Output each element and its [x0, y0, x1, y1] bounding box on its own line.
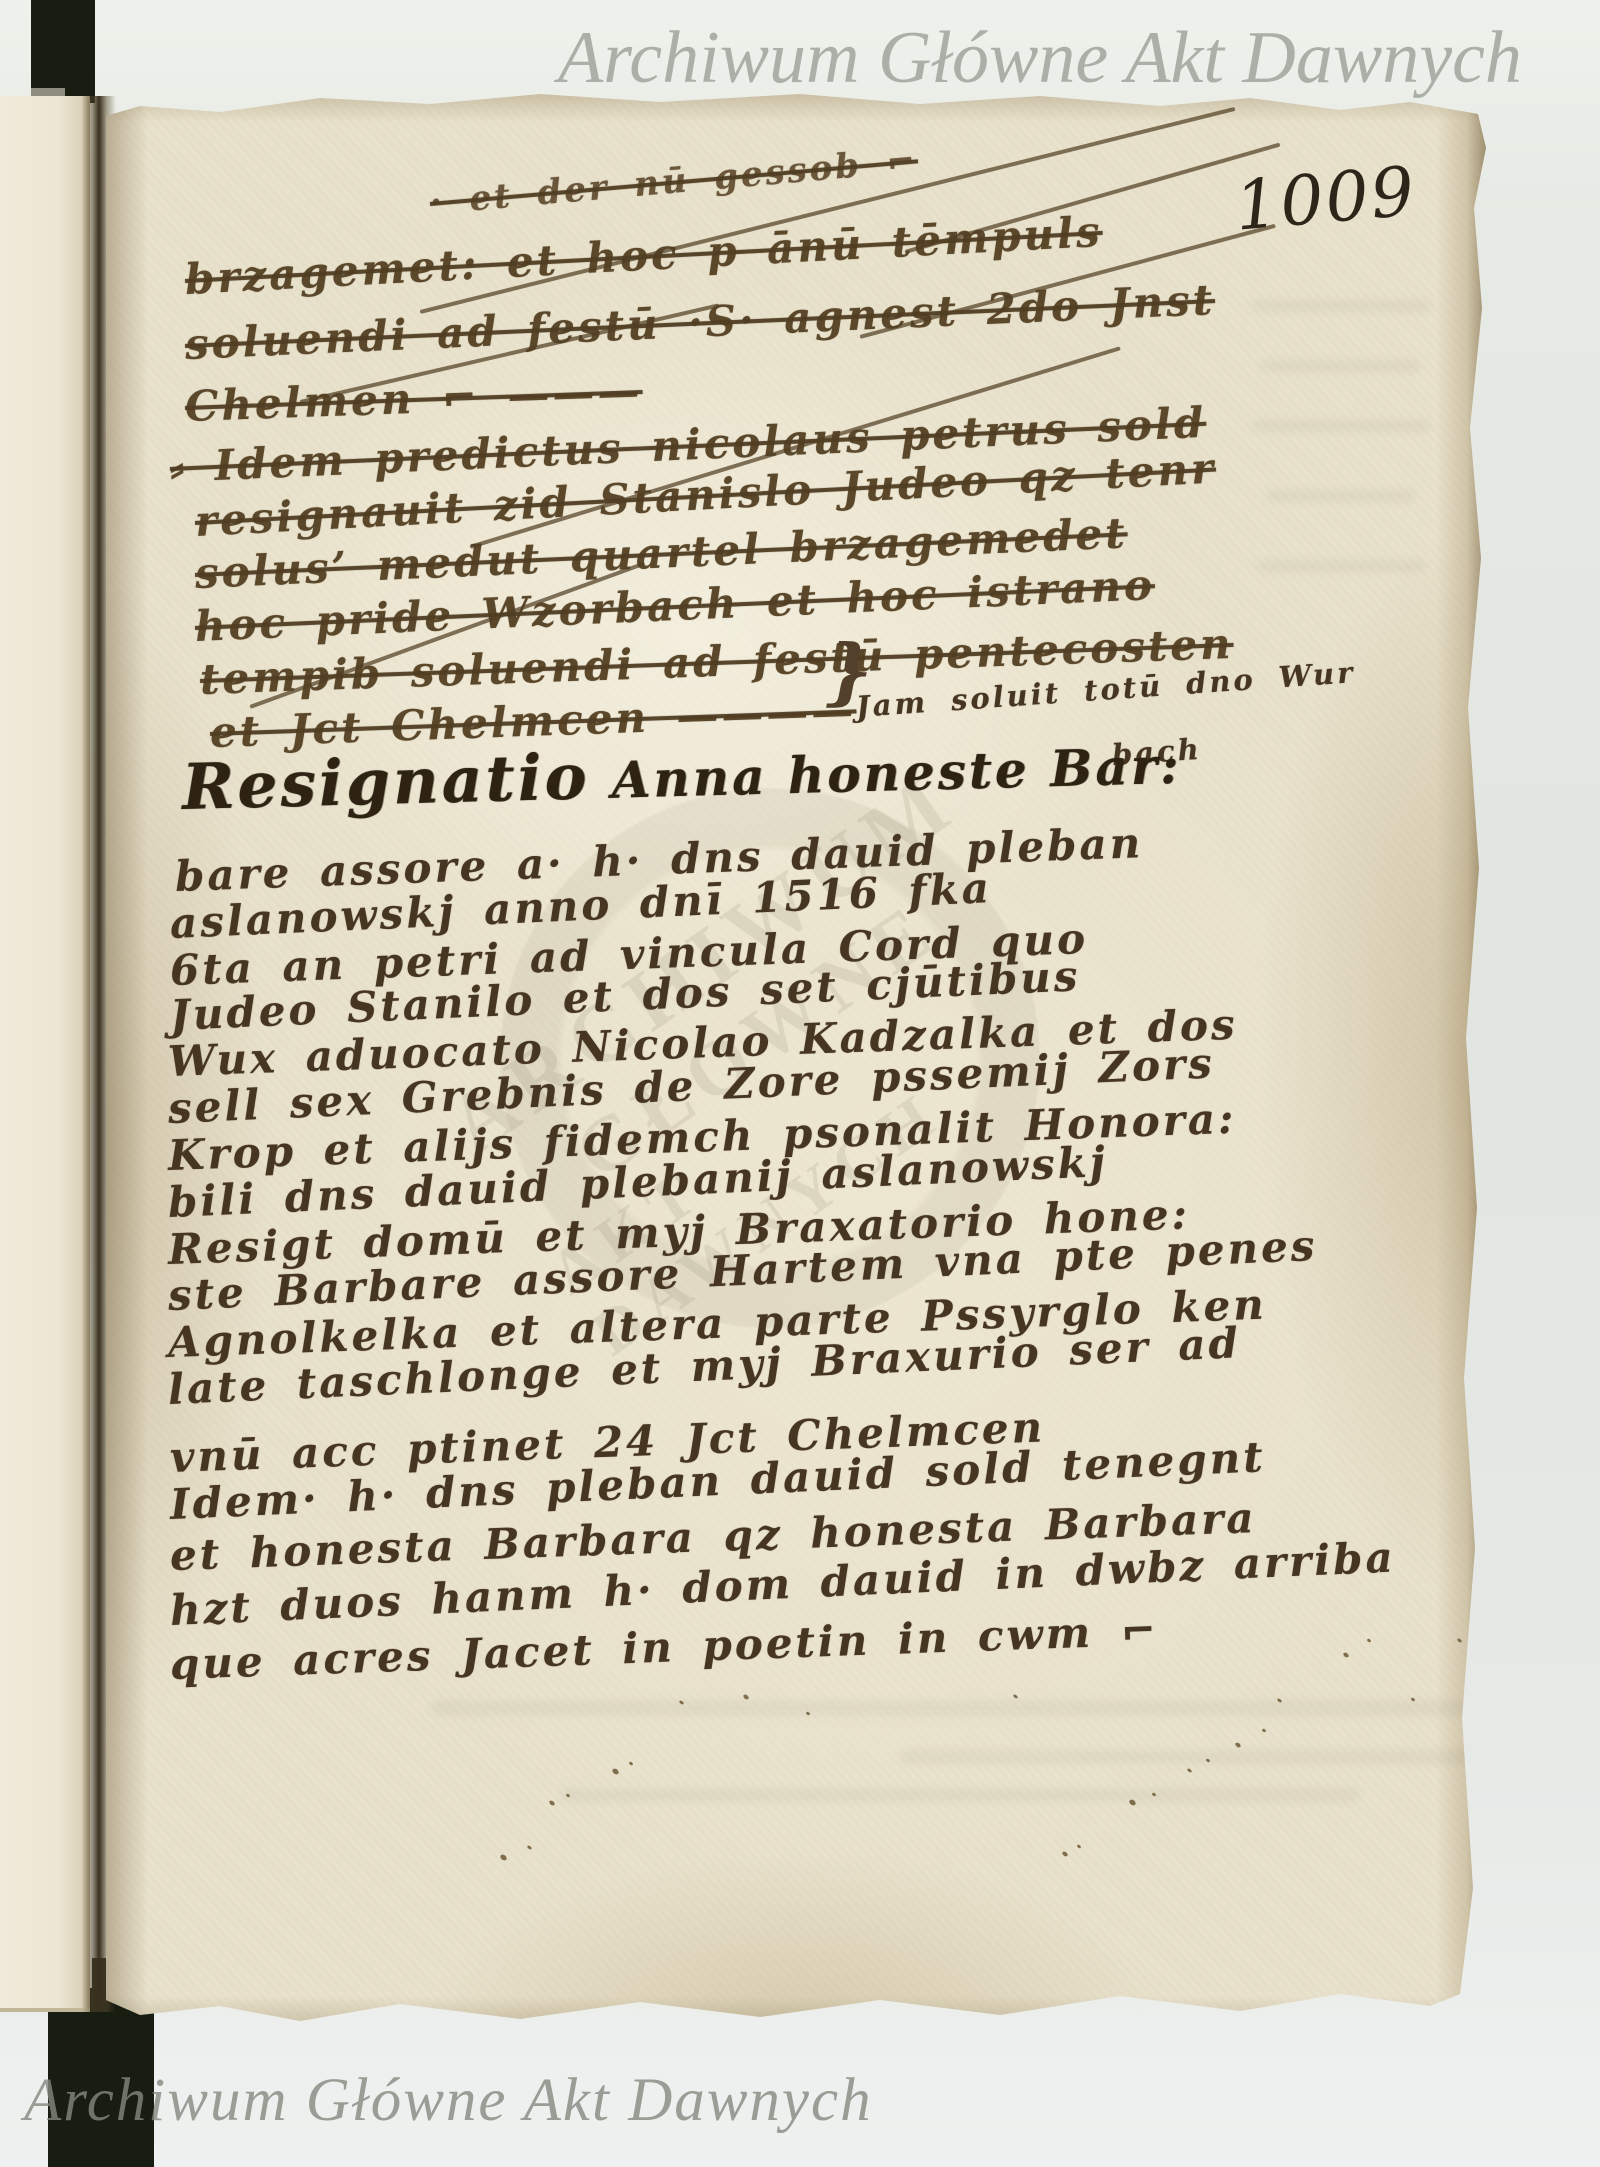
- ink-spatter-dot: [1342, 1652, 1349, 1659]
- manuscript-page: ARCHIWUM GŁÓWNE AKT DAWNYCH 1009 · et de…: [100, 88, 1495, 2040]
- show-through-streak: [1260, 360, 1420, 372]
- ink-spatter-dot: [1262, 1728, 1267, 1733]
- ink-spatter-dot: [629, 1761, 634, 1766]
- ink-spatter-dot: [1234, 1742, 1241, 1749]
- page-number: 1009: [1232, 152, 1419, 246]
- manuscript-line-struck: · et der nū gessob ⌐: [428, 140, 919, 223]
- show-through-streak: [1250, 300, 1430, 312]
- archive-scan: ARCHIWUM GŁÓWNE AKT DAWNYCH 1009 · et de…: [0, 0, 1600, 2167]
- ink-spatter-dot: [611, 1767, 620, 1775]
- show-through-streak: [1265, 490, 1415, 502]
- ink-spatter-dot: [1187, 1768, 1193, 1773]
- heading-initial-word: Resignatio: [181, 739, 590, 824]
- page-edge-left: [100, 88, 148, 2040]
- ink-spatter-dot: [1077, 1844, 1082, 1849]
- show-through-streak: [1255, 560, 1425, 572]
- binding-strap-bottom: [48, 1988, 154, 2167]
- facing-page-edge: [0, 96, 90, 2012]
- ink-spatter-dot: [499, 1853, 508, 1861]
- page-edge-bottom: [100, 1996, 1495, 2040]
- ink-spatter-dot: [1061, 1851, 1068, 1858]
- show-through-streak: [900, 1750, 1500, 1764]
- ink-spatter-dot: [1367, 1638, 1372, 1643]
- ink-spatter-dot: [527, 1845, 533, 1850]
- show-through-streak: [430, 1700, 1490, 1716]
- ink-spatter-dot: [1013, 1694, 1019, 1699]
- ink-spatter-dot: [548, 1800, 555, 1807]
- heading-rest-text: Anna honeste Bar:: [611, 736, 1182, 810]
- show-through-streak: [1250, 420, 1430, 432]
- show-through-streak: [560, 1788, 1360, 1802]
- page-edge-top: [100, 88, 1495, 122]
- deckle-edge-right: [1436, 88, 1492, 2040]
- watermark-top: Archiwum Główne Akt Dawnych: [558, 16, 1522, 101]
